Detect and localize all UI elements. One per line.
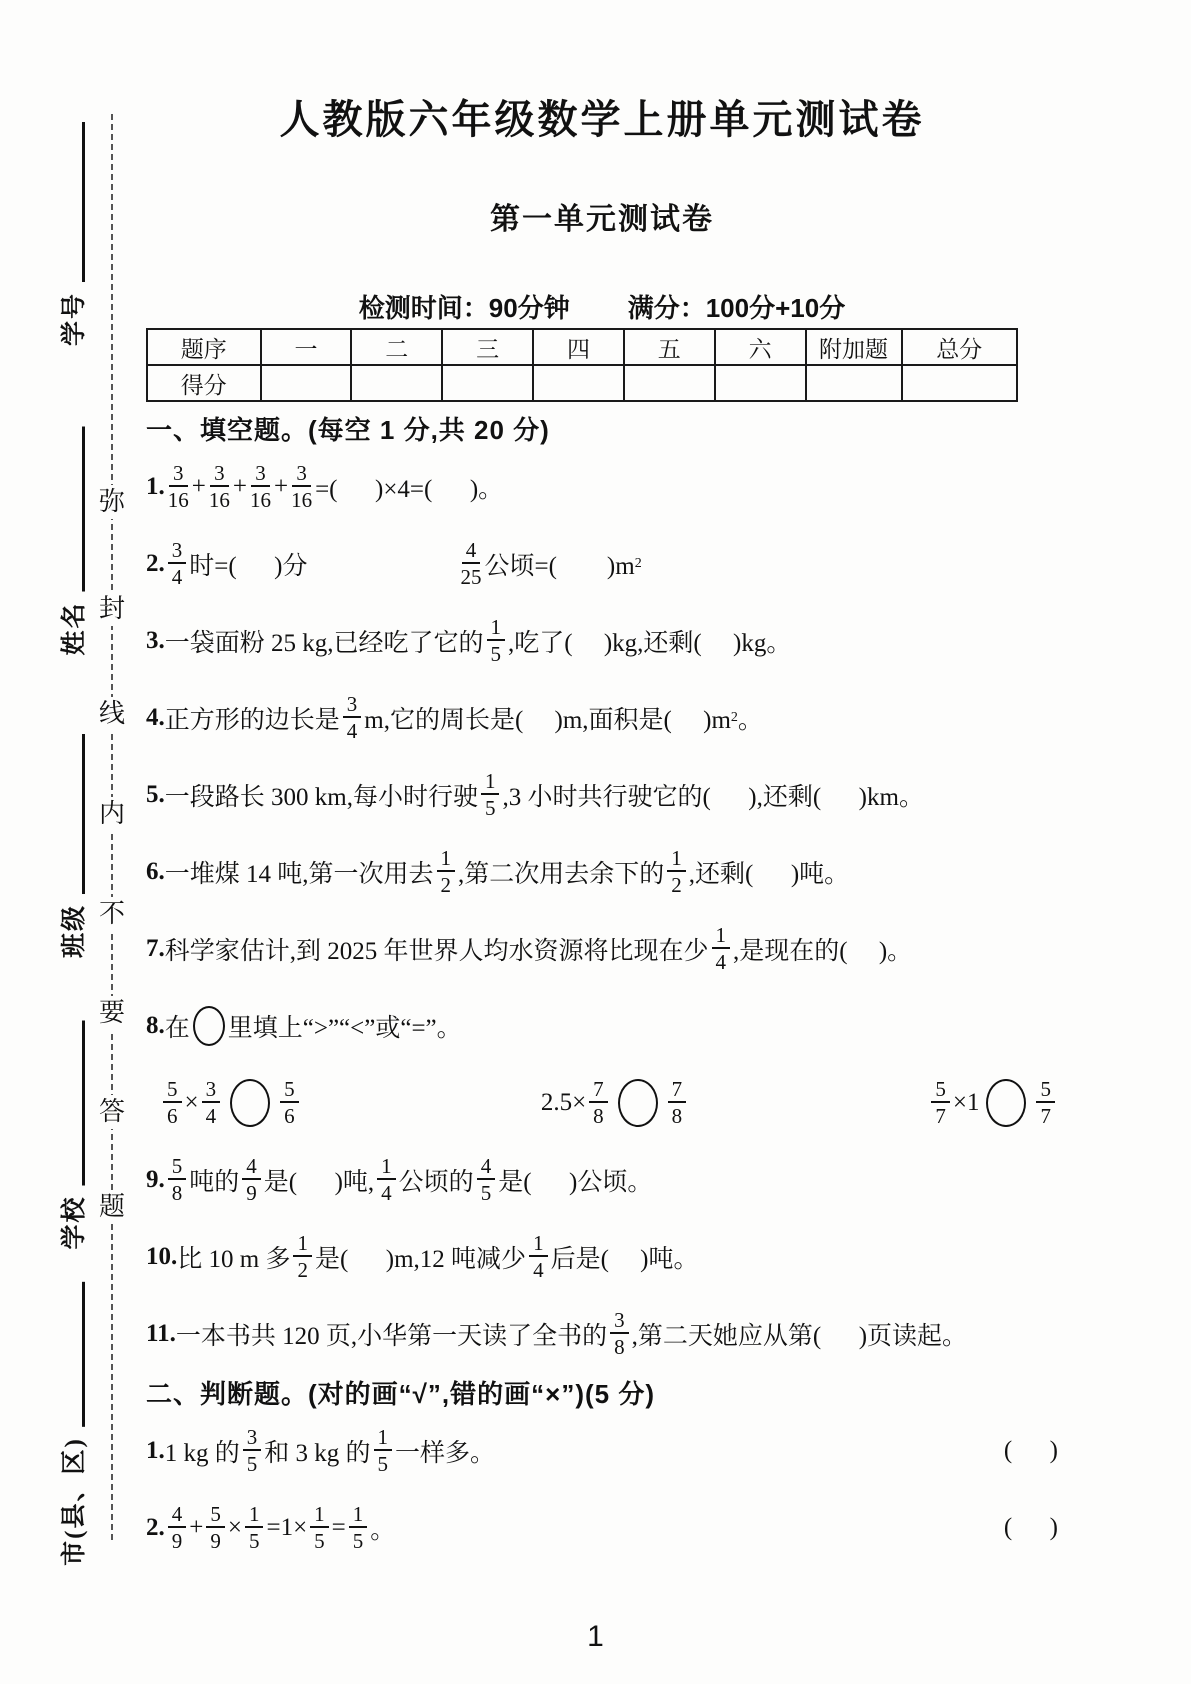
fraction: 38: [610, 1308, 629, 1359]
text-run: 1 kg 的: [165, 1433, 240, 1469]
fill-blank-question-4: 4.正方形的边长是34 m,它的周长是( )m,面积是( )m2。: [146, 679, 1058, 756]
score-table-header-row: 题序 一 二 三 四 五 六 附加题 总分: [147, 329, 1017, 365]
fraction: 425: [461, 538, 482, 589]
text-run: ,还剩( )吨。: [689, 854, 849, 890]
text-run: 2.5×: [541, 1089, 586, 1117]
text-run: ,第二次用去余下的: [458, 854, 664, 890]
text-run: +: [189, 1514, 203, 1542]
field-label: 姓名: [54, 601, 90, 655]
text-run: ×: [228, 1514, 242, 1542]
text-run: 公顷的: [399, 1162, 474, 1198]
section-2-heading: 二、判断题。(对的画“√”,错的画“×”)(5 分): [146, 1372, 1058, 1412]
text-run: ×: [185, 1089, 199, 1117]
score-cell: [806, 365, 902, 401]
header-cell: 附加题: [806, 329, 902, 365]
text-run: 和 3 kg 的: [264, 1433, 370, 1469]
seal-text-char: 内: [98, 797, 126, 831]
header-cell: 题序: [147, 329, 261, 365]
fraction: 58: [168, 1154, 187, 1205]
fraction: 56: [280, 1077, 299, 1128]
text-run: ,3 小时共行驶它的( ),还剩( )km。: [502, 777, 924, 813]
exam-time: 检测时间：90分钟: [359, 293, 570, 323]
fraction: 316: [168, 461, 189, 512]
fraction: 15: [374, 1425, 393, 1476]
text-run: 3.: [146, 627, 165, 655]
blank-line: [82, 1020, 85, 1185]
header-cell: 四: [533, 329, 624, 365]
fill-blank-question-2: 2.34时=( )分425公顷=( )m2: [146, 525, 1058, 602]
text-run: 里填上“>”“<”或“=”。: [228, 1008, 462, 1044]
blank-line: [82, 426, 85, 591]
fill-blank-question-3: 3.一袋面粉 25 kg,已经吃了它的15,吃了( )kg,还剩( )kg。: [146, 602, 1058, 679]
fraction: 34: [343, 692, 362, 743]
text-run: 一样多。: [395, 1433, 495, 1469]
header-cell: 五: [624, 329, 715, 365]
text-run: +: [274, 473, 288, 501]
fraction: 56: [163, 1077, 182, 1128]
text-run: =( )×4=( )。: [315, 469, 503, 505]
compare-item-1: 56×3456: [160, 1077, 302, 1128]
text-run: 是( )m,12 吨减少: [315, 1239, 526, 1275]
score-table: 题序 一 二 三 四 五 六 附加题 总分 得分: [146, 328, 1018, 402]
exam-paper-page: { "page": { "title": "人教版六年级数学上册单元测试卷", …: [0, 0, 1191, 1684]
text-run: ×1: [953, 1089, 980, 1117]
text-run: 科学家估计,到 2025 年世界人均水资源将比现在少: [165, 931, 709, 967]
fraction: 316: [209, 461, 230, 512]
field-label: 学号: [54, 292, 90, 346]
score-cell: [715, 365, 806, 401]
text-run: m,它的周长是( )m,面积是( )m: [364, 700, 731, 736]
field-label: 学校: [54, 1195, 90, 1249]
text-run: 是( )公顷。: [498, 1162, 652, 1198]
fill-blank-question-10: 10.比 10 m 多12是( )m,12 吨减少14后是( )吨。: [146, 1218, 1058, 1295]
score-cell: [902, 365, 1017, 401]
fraction: 34: [168, 538, 187, 589]
fraction: 15: [487, 615, 506, 666]
fill-blank-question-11: 11.一本书共 120 页,小华第一天读了全书的38,第二天她应从第( )页读起…: [146, 1295, 1058, 1372]
text-run: 一堆煤 14 吨,第一次用去: [165, 854, 434, 890]
fraction: 15: [310, 1502, 329, 1553]
seal-text-char: 封: [98, 592, 126, 626]
score-row-label: 得分: [147, 365, 261, 401]
text-run: ( ): [1004, 1514, 1058, 1542]
field-label: 班级: [54, 904, 90, 958]
text-run: +: [233, 473, 247, 501]
text-run: ,是现在的( )。: [733, 931, 912, 967]
fill-blank-question-9: 9.58吨的49是( )吨,14公顷的45是( )公顷。: [146, 1141, 1058, 1218]
text-run: 1.: [146, 473, 165, 501]
fraction: 316: [291, 461, 312, 512]
fill-blank-question-8: 8.在里填上“>”“<”或“=”。: [146, 987, 1058, 1064]
judge-question-2: 2.49+59×15=1×15=15。( ): [146, 1489, 1058, 1566]
page-number: 1: [0, 1620, 1191, 1654]
text-run: 4.: [146, 704, 165, 732]
fraction: 59: [206, 1502, 225, 1553]
text-run: 。: [370, 1510, 395, 1546]
exam-info: 检测时间：90分钟满分：100分+10分: [146, 288, 1058, 325]
text-run: ,第二天她应从第( )页读起。: [632, 1316, 967, 1352]
score-cell: [261, 365, 352, 401]
fraction: 35: [243, 1425, 262, 1476]
header-cell: 三: [442, 329, 533, 365]
text-run: 正方形的边长是: [165, 700, 340, 736]
text-run: 一本书共 120 页,小华第一天读了全书的: [176, 1316, 607, 1352]
fraction: 49: [242, 1154, 261, 1205]
seal-text-char: 线: [98, 697, 126, 731]
judge-question-1: 1.1 kg 的35和 3 kg 的15一样多。( ): [146, 1412, 1058, 1489]
text-run: 一段路长 300 km,每小时行驶: [165, 777, 478, 813]
text-run: 时=( )分: [189, 546, 307, 582]
exam-full-score: 满分：100分+10分: [628, 293, 845, 323]
fraction: 45: [477, 1154, 496, 1205]
text-run: 后是( )吨。: [551, 1239, 699, 1275]
fraction: 15: [245, 1502, 264, 1553]
compare-row: 56×3456 2.5×7878 57×157: [146, 1064, 1058, 1141]
score-cell: [442, 365, 533, 401]
fraction: 14: [712, 923, 731, 974]
header-cell: 一: [261, 329, 352, 365]
seal-text-char: 题: [98, 1190, 126, 1224]
text-run: =: [332, 1514, 346, 1542]
compare-item-3: 57×157: [928, 1077, 1058, 1128]
fraction: 316: [250, 461, 271, 512]
fill-blank-question-1: 1.316+316+316+316=( )×4=( )。: [146, 448, 1058, 525]
score-table-score-row: 得分: [147, 365, 1017, 401]
score-cell: [624, 365, 715, 401]
superscript: 2: [635, 556, 642, 572]
fraction: 14: [377, 1154, 396, 1205]
text-run: 一袋面粉 25 kg,已经吃了它的: [165, 623, 484, 659]
superscript: 2: [731, 710, 738, 726]
answer-circle: [230, 1079, 270, 1127]
text-run: 1.: [146, 1437, 165, 1465]
fraction: 12: [667, 846, 686, 897]
text-run: 比 10 m 多: [177, 1239, 290, 1275]
page-title: 人教版六年级数学上册单元测试卷: [146, 88, 1058, 145]
text-run: 11.: [146, 1320, 176, 1348]
score-cell: [351, 365, 442, 401]
header-cell: 六: [715, 329, 806, 365]
fraction: 12: [293, 1231, 312, 1282]
blank-line: [82, 734, 85, 894]
text-run: ( ): [1004, 1437, 1058, 1465]
fraction: 12: [437, 846, 456, 897]
text-run: +: [192, 473, 206, 501]
text-run: 。: [738, 700, 763, 736]
field-label: 市(县、区): [54, 1437, 90, 1566]
fraction: 15: [481, 769, 500, 820]
header-cell: 总分: [902, 329, 1017, 365]
fraction: 78: [589, 1077, 608, 1128]
fraction: 49: [168, 1502, 187, 1553]
question-sections: 一、填空题。(每空 1 分,共 20 分) 1.316+316+316+316=…: [146, 408, 1058, 1566]
text-run: 2.: [146, 550, 165, 578]
text-run: =1×: [266, 1514, 307, 1542]
answer-circle: [193, 1006, 225, 1046]
answer-circle: [618, 1079, 658, 1127]
text-run: 10.: [146, 1243, 177, 1271]
fraction: 15: [349, 1502, 368, 1553]
header-cell: 二: [351, 329, 442, 365]
fill-blank-question-5: 5.一段路长 300 km,每小时行驶15,3 小时共行驶它的( ),还剩( )…: [146, 756, 1058, 833]
fraction: 57: [931, 1077, 950, 1128]
seal-text-char: 不: [98, 897, 126, 931]
text-run: 在: [165, 1008, 190, 1044]
fill-blank-question-6: 6.一堆煤 14 吨,第一次用去12,第二次用去余下的12,还剩( )吨。: [146, 833, 1058, 910]
text-run: 吨的: [189, 1162, 239, 1198]
fill-blank-question-7: 7.科学家估计,到 2025 年世界人均水资源将比现在少14,是现在的( )。: [146, 910, 1058, 987]
fraction: 78: [668, 1077, 687, 1128]
text-run: 9.: [146, 1166, 165, 1194]
text-run: 5.: [146, 781, 165, 809]
seal-text-char: 答: [98, 1095, 126, 1129]
seal-text-char: 要: [98, 996, 126, 1030]
text-run: 是( )吨,: [264, 1162, 374, 1198]
answer-circle: [986, 1079, 1026, 1127]
unit-subtitle: 第一单元测试卷: [146, 194, 1058, 238]
text-run: 2.: [146, 1514, 165, 1542]
fraction: 34: [202, 1077, 221, 1128]
fraction: 57: [1036, 1077, 1055, 1128]
score-cell: [533, 365, 624, 401]
blank-line: [82, 1282, 85, 1427]
fraction: 14: [529, 1231, 548, 1282]
text-run: 8.: [146, 1012, 165, 1040]
compare-item-2: 2.5×7878: [541, 1077, 689, 1128]
text-run: 6.: [146, 858, 165, 886]
text-run: 公顷=( )m: [485, 546, 635, 582]
section-1-heading: 一、填空题。(每空 1 分,共 20 分): [146, 408, 1058, 448]
seal-text-char: 弥: [98, 485, 126, 519]
blank-line: [82, 122, 85, 282]
text-run: ,吃了( )kg,还剩( )kg。: [508, 623, 791, 659]
text-run: 7.: [146, 935, 165, 963]
